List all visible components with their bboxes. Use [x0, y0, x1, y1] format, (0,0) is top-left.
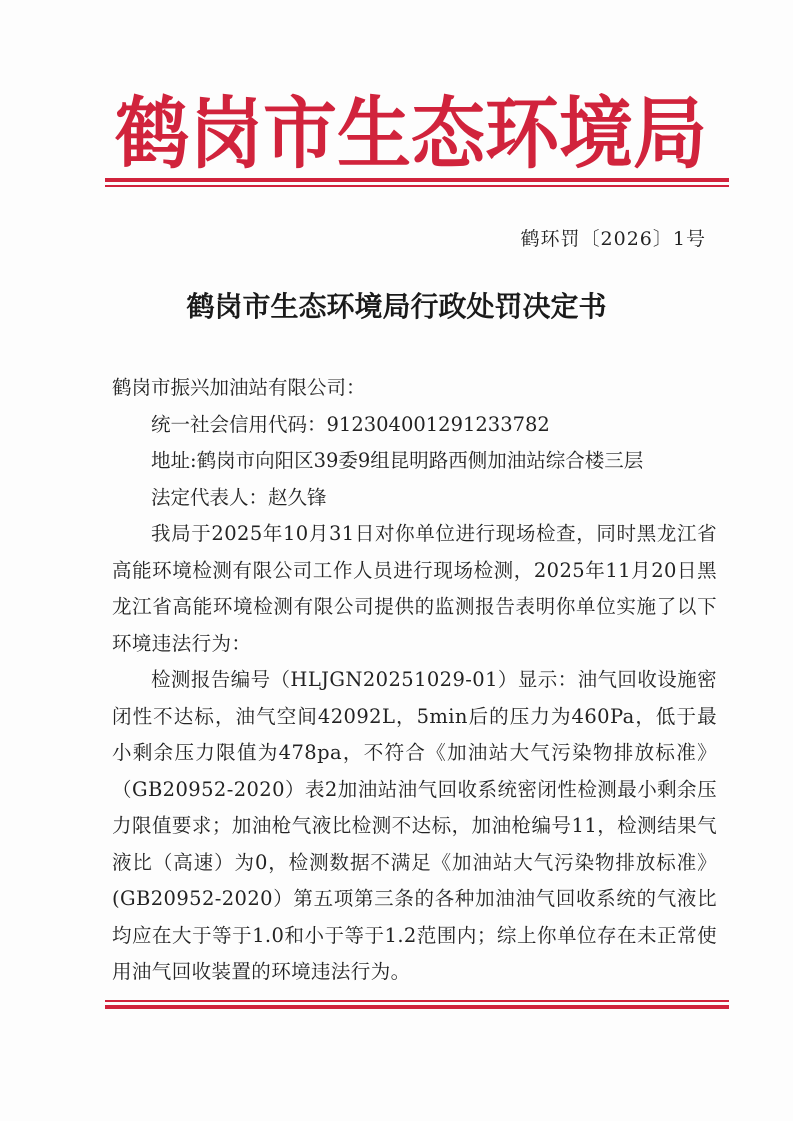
document-body: 鹤岗市振兴加油站有限公司： 统一社会信用代码：91230400129123378…: [112, 370, 717, 991]
letterhead-char: 局: [633, 72, 707, 183]
address: 地址:鹤岗市向阳区39委9组昆明路西侧加油站综合楼三层: [112, 443, 717, 480]
footer-divider-thin: [105, 1000, 729, 1002]
paragraph-violation-details: 检测报告编号（HLJGN20251029-01）显示：油气回收设施密闭性不达标，…: [112, 662, 717, 991]
legal-representative: 法定代表人：赵久锋: [112, 480, 717, 517]
document-title: 鹤岗市生态环境局行政处罚决定书: [0, 285, 793, 325]
letterhead-char: 岗: [189, 72, 263, 183]
letterhead-char: 环: [485, 72, 559, 183]
letterhead-char: 生: [337, 72, 411, 183]
letterhead-char: 鹤: [115, 72, 189, 183]
document-number: 鹤环罚〔2026〕1号: [521, 224, 706, 251]
credit-code: 统一社会信用代码：912304001291233782: [112, 407, 717, 444]
letterhead-char: 态: [411, 72, 485, 183]
letterhead-char: 市: [263, 72, 337, 183]
document-page: 鹤 岗 市 生 态 环 境 局 鹤环罚〔2026〕1号 鹤岗市生态环境局行政处罚…: [0, 0, 793, 1121]
letterhead-divider-thick: [105, 178, 729, 182]
letterhead-title: 鹤 岗 市 生 态 环 境 局: [115, 80, 695, 175]
paragraph-inspection: 我局于2025年10月31日对你单位进行现场检查，同时黑龙江省高能环境检测有限公…: [112, 516, 717, 662]
recipient: 鹤岗市振兴加油站有限公司：: [112, 370, 717, 407]
letterhead-char: 境: [559, 72, 633, 183]
footer-divider-thick: [105, 1005, 729, 1009]
letterhead-divider-thin: [105, 185, 729, 187]
